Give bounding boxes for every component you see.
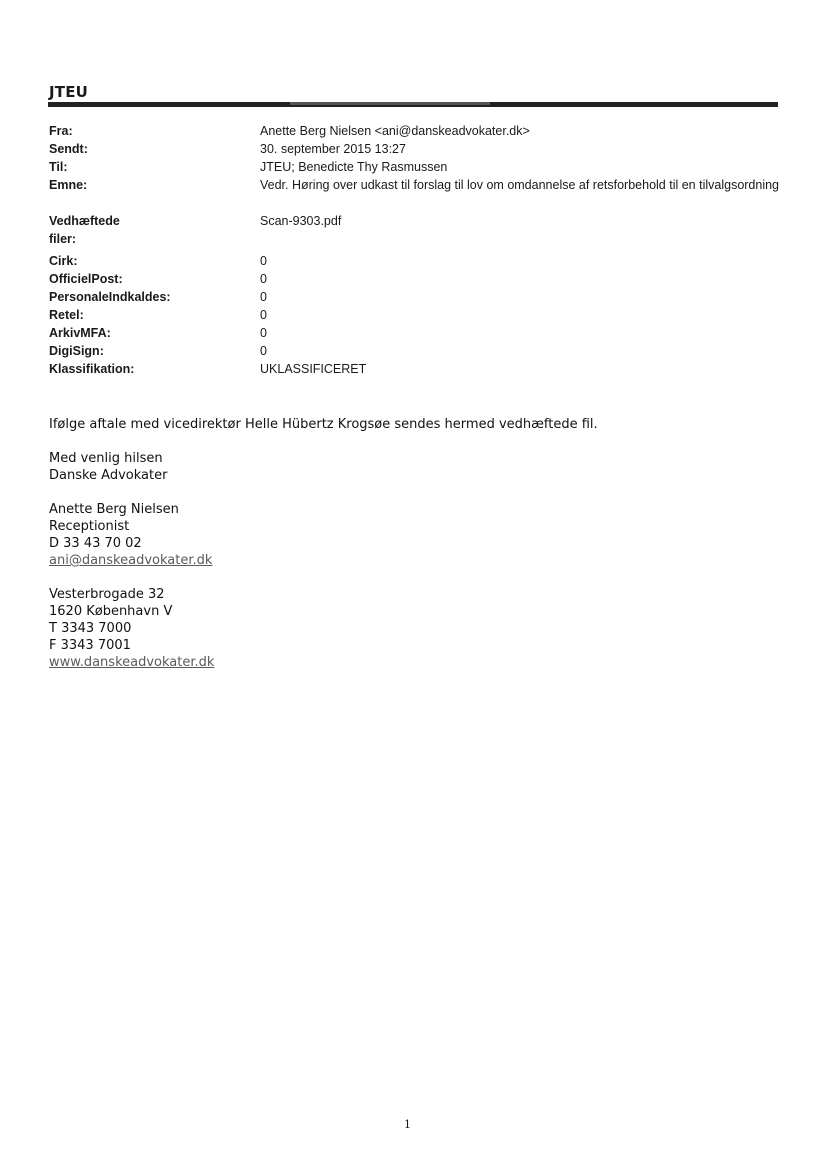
subject-value: Vedr. Høring over udkast til forslag til… — [260, 176, 780, 194]
signature-direct-phone: D 33 43 70 02 — [49, 535, 598, 552]
retel-label: Retel: — [49, 306, 84, 324]
signature-fax: F 3343 7001 — [49, 637, 598, 654]
page-number: 1 — [404, 1118, 411, 1131]
arkivmfa-label: ArkivMFA: — [49, 324, 111, 342]
personaleindkaldes-label: PersonaleIndkaldes: — [49, 288, 171, 306]
from-label: Fra: — [49, 122, 73, 140]
email-body: Ifølge aftale med vicedirektør Helle Hüb… — [49, 416, 598, 671]
digisign-label: DigiSign: — [49, 342, 104, 360]
org-name: Danske Advokater — [49, 467, 598, 484]
mailbox-title: JTEU — [49, 83, 88, 101]
to-value: JTEU; Benedicte Thy Rasmussen — [260, 158, 780, 176]
sent-value: 30. september 2015 13:27 — [260, 140, 780, 158]
from-value: Anette Berg Nielsen <ani@danskeadvokater… — [260, 122, 780, 140]
greeting: Med venlig hilsen — [49, 450, 598, 467]
attachments-label: Vedhæftede filer: — [49, 212, 120, 248]
signature-name: Anette Berg Nielsen — [49, 501, 598, 518]
website-link[interactable]: www.danskeadvokater.dk — [49, 654, 598, 671]
personaleindkaldes-value: 0 — [260, 288, 780, 306]
digisign-value: 0 — [260, 342, 780, 360]
arkivmfa-value: 0 — [260, 324, 780, 342]
officielpost-label: OfficielPost: — [49, 270, 123, 288]
signature-city: 1620 København V — [49, 603, 598, 620]
to-label: Til: — [49, 158, 68, 176]
signature-email-link[interactable]: ani@danskeadvokater.dk — [49, 552, 598, 569]
intro-text: Ifølge aftale med vicedirektør Helle Hüb… — [49, 416, 598, 433]
attachment-file[interactable]: Scan-9303.pdf — [260, 212, 780, 230]
cirk-label: Cirk: — [49, 252, 77, 270]
retel-value: 0 — [260, 306, 780, 324]
signature-role: Receptionist — [49, 518, 598, 535]
header-divider-accent — [290, 102, 490, 105]
subject-label: Emne: — [49, 176, 87, 194]
officielpost-value: 0 — [260, 270, 780, 288]
cirk-value: 0 — [260, 252, 780, 270]
signature-phone: T 3343 7000 — [49, 620, 598, 637]
signature-street: Vesterbrogade 32 — [49, 586, 598, 603]
sent-label: Sendt: — [49, 140, 88, 158]
klassifikation-label: Klassifikation: — [49, 360, 134, 378]
klassifikation-value: UKLASSIFICERET — [260, 360, 780, 378]
